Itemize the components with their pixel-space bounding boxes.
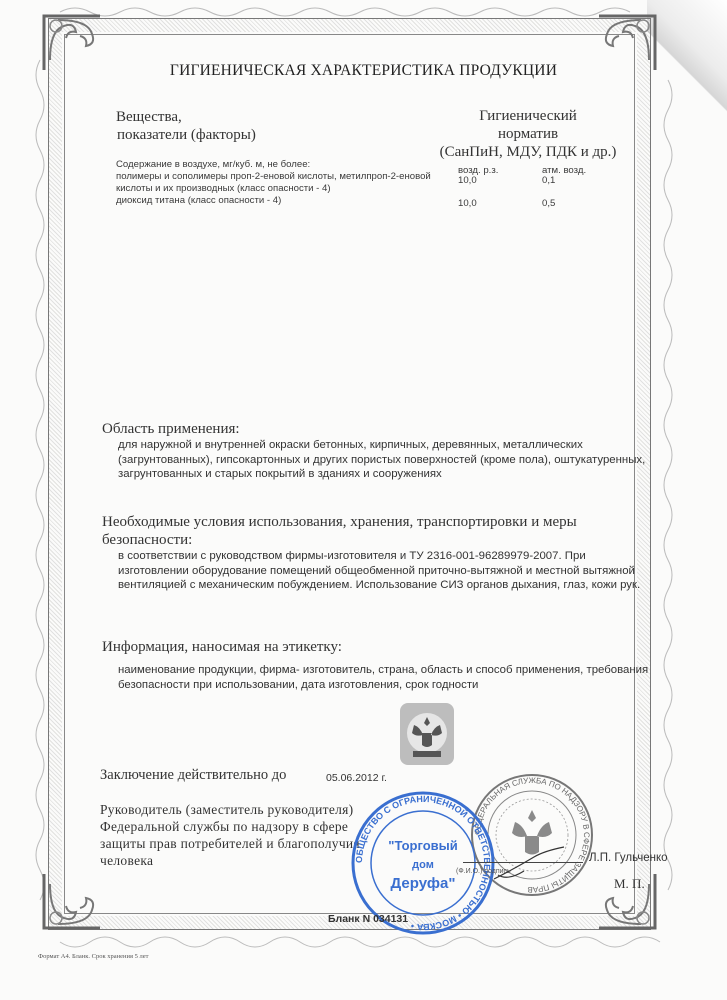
coat-of-arms-hologram-icon [400,703,454,765]
document-page: ГИГИЕНИЧЕСКАЯ ХАРАКТЕРИСТИКА ПРОДУКЦИИ В… [0,0,727,1000]
section-title-conditions: Необходимые условия использования, хране… [102,513,622,549]
svg-text:Деруфа": Деруфа" [391,875,456,892]
signer-name: Л.П. Гульченко [589,852,668,864]
svg-text:"Торговый: "Торговый [388,838,457,853]
air-content-heading: Содержание в воздухе, мг/куб. м, не боле… [116,159,310,171]
blank-number: Бланк N 034131 [328,913,408,925]
section-body-label-info: наименование продукции, фирма- изготовит… [118,663,658,692]
seal-place-label: М. П. [614,876,645,892]
validity-label: Заключение действительно до [100,767,286,784]
form-footer-note: Формат А4. Бланк. Срок хранения 5 лет [38,953,148,960]
atm-air-value: 0,5 [542,198,555,210]
work-zone-value: 10,0 [458,198,477,210]
section-body-conditions: в соответствии с руководством фирмы-изго… [118,549,658,593]
validity-date: 05.06.2012 г. [326,772,387,784]
section-title-label-info: Информация, наносимая на этикетку: [102,639,342,656]
official-title: Руководитель (заместитель руководителя) … [100,801,360,869]
handwritten-signature-icon [490,845,570,885]
document-title: ГИГИЕНИЧЕСКАЯ ХАРАКТЕРИСТИКА ПРОДУКЦИИ [0,62,727,80]
hygienic-standard-column-header: Гигиенический норматив (СанПиН, МДУ, ПДК… [418,107,638,161]
section-title-application: Область применения: [102,421,240,438]
section-body-application: для наружной и внутренней окраски бетонн… [118,438,658,482]
svg-text:дом: дом [412,859,434,871]
atm-air-value: 0,1 [542,175,555,187]
substances-column-header: Вещества, показатели (факторы) [116,108,256,144]
work-zone-value: 10,0 [458,175,477,187]
